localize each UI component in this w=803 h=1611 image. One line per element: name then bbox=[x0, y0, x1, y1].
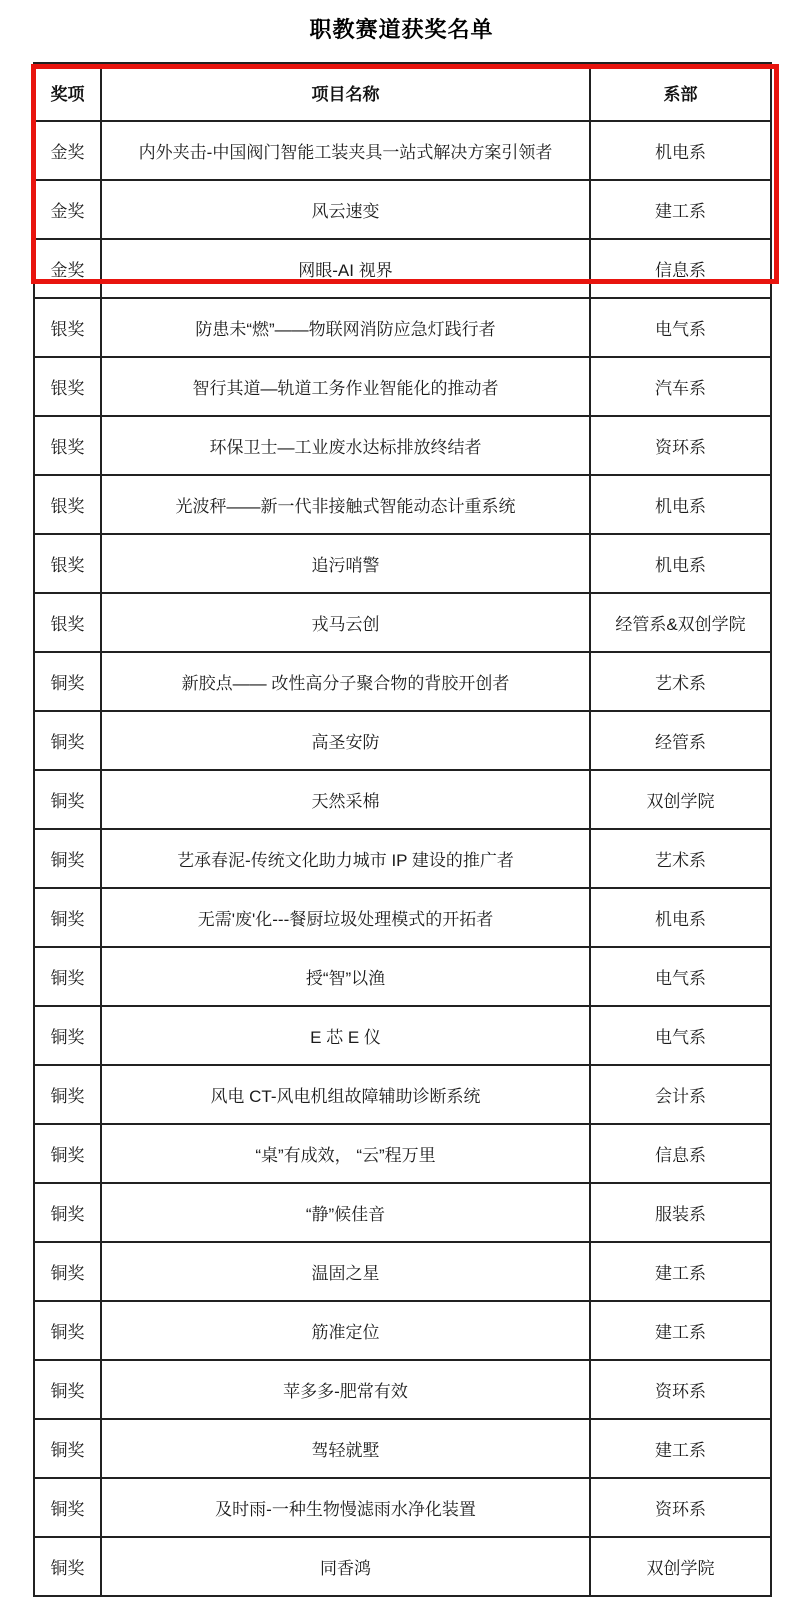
project-cell: “静”候佳音 bbox=[101, 1183, 590, 1242]
table-row: 铜奖及时雨-一种生物慢滤雨水净化装置资环系 bbox=[34, 1478, 771, 1537]
table-row: 铜奖“桌”有成效， “云”程万里信息系 bbox=[34, 1124, 771, 1183]
department-cell: 机电系 bbox=[590, 888, 771, 947]
department-cell: 电气系 bbox=[590, 298, 771, 357]
department-cell: 电气系 bbox=[590, 947, 771, 1006]
project-cell: 智行其道—轨道工务作业智能化的推动者 bbox=[101, 357, 590, 416]
department-cell: 信息系 bbox=[590, 1124, 771, 1183]
department-cell: 经管系 bbox=[590, 711, 771, 770]
award-cell: 铜奖 bbox=[34, 1065, 101, 1124]
award-cell: 铜奖 bbox=[34, 1537, 101, 1596]
department-cell: 经管系&双创学院 bbox=[590, 593, 771, 652]
table-row: 银奖防患未“燃”——物联网消防应急灯践行者电气系 bbox=[34, 298, 771, 357]
project-cell: 追污哨警 bbox=[101, 534, 590, 593]
project-cell: 授“智”以渔 bbox=[101, 947, 590, 1006]
department-cell: 信息系 bbox=[590, 239, 771, 298]
table-row: 金奖网眼-AI 视界信息系 bbox=[34, 239, 771, 298]
award-cell: 铜奖 bbox=[34, 1124, 101, 1183]
award-cell: 铜奖 bbox=[34, 1478, 101, 1537]
department-cell: 资环系 bbox=[590, 1360, 771, 1419]
award-cell: 铜奖 bbox=[34, 1006, 101, 1065]
table-row: 铜奖筋准定位建工系 bbox=[34, 1301, 771, 1360]
award-cell: 银奖 bbox=[34, 475, 101, 534]
table-row: 银奖追污哨警机电系 bbox=[34, 534, 771, 593]
award-cell: 铜奖 bbox=[34, 1419, 101, 1478]
project-cell: E 芯 E 仪 bbox=[101, 1006, 590, 1065]
column-header-award: 奖项 bbox=[34, 63, 101, 121]
column-header-department: 系部 bbox=[590, 63, 771, 121]
project-cell: 天然采棉 bbox=[101, 770, 590, 829]
table-row: 金奖内外夹击-中国阀门智能工装夹具一站式解决方案引领者机电系 bbox=[34, 121, 771, 180]
award-cell: 银奖 bbox=[34, 593, 101, 652]
table-row: 铜奖风电 CT-风电机组故障辅助诊断系统会计系 bbox=[34, 1065, 771, 1124]
table-row: 金奖风云速变建工系 bbox=[34, 180, 771, 239]
department-cell: 机电系 bbox=[590, 475, 771, 534]
project-cell: 光波秤——新一代非接触式智能动态计重系统 bbox=[101, 475, 590, 534]
column-header-project: 项目名称 bbox=[101, 63, 590, 121]
department-cell: 建工系 bbox=[590, 1301, 771, 1360]
project-cell: 高圣安防 bbox=[101, 711, 590, 770]
award-cell: 金奖 bbox=[34, 121, 101, 180]
department-cell: 会计系 bbox=[590, 1065, 771, 1124]
department-cell: 建工系 bbox=[590, 1419, 771, 1478]
award-cell: 铜奖 bbox=[34, 1183, 101, 1242]
table-row: 铜奖无需'废'化---餐厨垃圾处理模式的开拓者机电系 bbox=[34, 888, 771, 947]
award-cell: 金奖 bbox=[34, 239, 101, 298]
project-cell: 同香鸿 bbox=[101, 1537, 590, 1596]
project-cell: 新胶点—— 改性高分子聚合物的背胶开创者 bbox=[101, 652, 590, 711]
project-cell: 温固之星 bbox=[101, 1242, 590, 1301]
project-cell: 筋准定位 bbox=[101, 1301, 590, 1360]
award-cell: 银奖 bbox=[34, 357, 101, 416]
project-cell: 苹多多-肥常有效 bbox=[101, 1360, 590, 1419]
table-row: 铜奖温固之星建工系 bbox=[34, 1242, 771, 1301]
department-cell: 服装系 bbox=[590, 1183, 771, 1242]
award-cell: 铜奖 bbox=[34, 652, 101, 711]
department-cell: 建工系 bbox=[590, 1242, 771, 1301]
project-cell: 无需'废'化---餐厨垃圾处理模式的开拓者 bbox=[101, 888, 590, 947]
table-row: 铜奖艺承春泥-传统文化助力城市 IP 建设的推广者艺术系 bbox=[34, 829, 771, 888]
header-row: 奖项 项目名称 系部 bbox=[34, 63, 771, 121]
award-cell: 金奖 bbox=[34, 180, 101, 239]
awards-table: 奖项 项目名称 系部 金奖内外夹击-中国阀门智能工装夹具一站式解决方案引领者机电… bbox=[33, 62, 772, 1597]
table-row: 铜奖E 芯 E 仪电气系 bbox=[34, 1006, 771, 1065]
project-cell: 内外夹击-中国阀门智能工装夹具一站式解决方案引领者 bbox=[101, 121, 590, 180]
page-title: 职教赛道获奖名单 bbox=[0, 13, 803, 44]
department-cell: 双创学院 bbox=[590, 1537, 771, 1596]
table-row: 铜奖“静”候佳音服装系 bbox=[34, 1183, 771, 1242]
award-cell: 铜奖 bbox=[34, 1360, 101, 1419]
project-cell: 驾轻就墅 bbox=[101, 1419, 590, 1478]
project-cell: 及时雨-一种生物慢滤雨水净化装置 bbox=[101, 1478, 590, 1537]
department-cell: 艺术系 bbox=[590, 652, 771, 711]
award-cell: 银奖 bbox=[34, 298, 101, 357]
award-cell: 银奖 bbox=[34, 534, 101, 593]
award-cell: 铜奖 bbox=[34, 888, 101, 947]
award-cell: 铜奖 bbox=[34, 947, 101, 1006]
table-row: 银奖环保卫士—工业废水达标排放终结者资环系 bbox=[34, 416, 771, 475]
table-row: 铜奖新胶点—— 改性高分子聚合物的背胶开创者艺术系 bbox=[34, 652, 771, 711]
table-row: 银奖光波秤——新一代非接触式智能动态计重系统机电系 bbox=[34, 475, 771, 534]
table-row: 铜奖授“智”以渔电气系 bbox=[34, 947, 771, 1006]
department-cell: 双创学院 bbox=[590, 770, 771, 829]
department-cell: 机电系 bbox=[590, 121, 771, 180]
project-cell: 环保卫士—工业废水达标排放终结者 bbox=[101, 416, 590, 475]
award-cell: 铜奖 bbox=[34, 770, 101, 829]
project-cell: “桌”有成效， “云”程万里 bbox=[101, 1124, 590, 1183]
award-cell: 铜奖 bbox=[34, 1242, 101, 1301]
project-cell: 风云速变 bbox=[101, 180, 590, 239]
department-cell: 资环系 bbox=[590, 416, 771, 475]
table-row: 铜奖天然采棉双创学院 bbox=[34, 770, 771, 829]
award-cell: 银奖 bbox=[34, 416, 101, 475]
table-row: 铜奖苹多多-肥常有效资环系 bbox=[34, 1360, 771, 1419]
table-row: 铜奖高圣安防经管系 bbox=[34, 711, 771, 770]
award-cell: 铜奖 bbox=[34, 829, 101, 888]
table-row: 银奖戎马云创经管系&双创学院 bbox=[34, 593, 771, 652]
award-cell: 铜奖 bbox=[34, 711, 101, 770]
project-cell: 防患未“燃”——物联网消防应急灯践行者 bbox=[101, 298, 590, 357]
page: 职教赛道获奖名单 奖项 项目名称 系部 金奖内外夹击-中国阀门智能工装夹具一站式… bbox=[0, 0, 803, 1611]
table-row: 铜奖驾轻就墅建工系 bbox=[34, 1419, 771, 1478]
table-row: 银奖智行其道—轨道工务作业智能化的推动者汽车系 bbox=[34, 357, 771, 416]
department-cell: 艺术系 bbox=[590, 829, 771, 888]
project-cell: 艺承春泥-传统文化助力城市 IP 建设的推广者 bbox=[101, 829, 590, 888]
department-cell: 汽车系 bbox=[590, 357, 771, 416]
department-cell: 机电系 bbox=[590, 534, 771, 593]
department-cell: 建工系 bbox=[590, 180, 771, 239]
table-body: 金奖内外夹击-中国阀门智能工装夹具一站式解决方案引领者机电系金奖风云速变建工系金… bbox=[34, 121, 771, 1596]
table-row: 铜奖同香鸿双创学院 bbox=[34, 1537, 771, 1596]
project-cell: 网眼-AI 视界 bbox=[101, 239, 590, 298]
department-cell: 电气系 bbox=[590, 1006, 771, 1065]
department-cell: 资环系 bbox=[590, 1478, 771, 1537]
project-cell: 戎马云创 bbox=[101, 593, 590, 652]
project-cell: 风电 CT-风电机组故障辅助诊断系统 bbox=[101, 1065, 590, 1124]
award-cell: 铜奖 bbox=[34, 1301, 101, 1360]
